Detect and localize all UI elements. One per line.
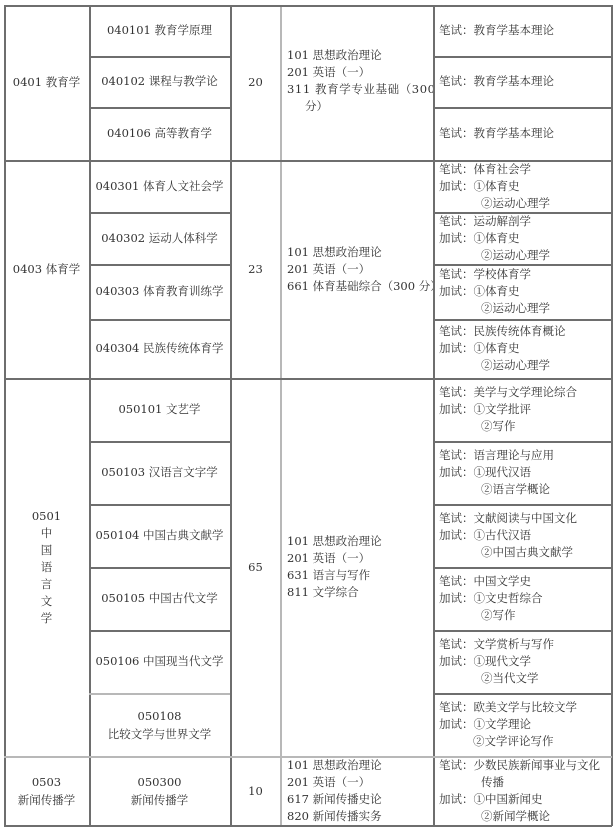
retest-written: 笔试：体育社会学 [439, 161, 531, 178]
retest-cell: 笔试：文学赏析与写作 加试：①现代文学 ②当代文学 [433, 630, 612, 693]
row-divider [89, 56, 230, 58]
major-label: 040101 教育学原理 [107, 22, 212, 39]
major-cell: 050108 比较文学与世界文学 [89, 693, 230, 756]
retest-extra: 加试：①体育史 [439, 340, 520, 357]
discipline-cell: 0401 教育学 [4, 5, 89, 160]
retest-extra: 加试：①文学批评 [439, 401, 531, 418]
major-label: 040304 民族传统体育学 [95, 340, 223, 357]
row-divider [433, 693, 612, 695]
retest-written: 笔试：美学与文学理论综合 [439, 384, 577, 401]
subject-line: 101 思想政治理论 [287, 757, 382, 774]
row-divider [433, 319, 612, 321]
retest-written: 笔试：教育学基本理论 [439, 125, 554, 142]
column-divider [280, 5, 282, 826]
row-divider [89, 630, 230, 632]
table-border-right [611, 5, 613, 826]
retest-cell: 笔试：学校体育学 加试：①体育史 ②运动心理学 [433, 264, 612, 319]
table-border-bottom [4, 825, 612, 827]
retest-written: 笔试：欧美文学与比较文学 [439, 699, 577, 716]
discipline-label: 0401 教育学 [13, 74, 80, 91]
quota-cell: 10 [230, 756, 281, 826]
retest-extra: 加试：①现代文学 [439, 653, 531, 670]
major-cell: 040303 体育教育训练学 [89, 264, 230, 319]
retest-cell: 笔试：教育学基本理论 [433, 5, 612, 56]
major-cell: 040302 运动人体科学 [89, 212, 230, 264]
major-cell: 050101 文艺学 [89, 378, 230, 441]
subject-line: 820 新闻传播实务 [287, 808, 382, 825]
subject-line: 101 思想政治理论 [287, 533, 382, 550]
row-divider [433, 567, 612, 569]
row-divider [433, 212, 612, 214]
subject-line: 661 体育基础综合（300 分） [287, 278, 442, 295]
row-divider [433, 56, 612, 58]
exam-subjects-cell: 101 思想政治理论 201 英语（一） 311 教育学专业基础（300 分） [281, 5, 433, 160]
discipline-cell: 0503 新闻传播学 [4, 756, 89, 826]
major-cell: 050104 中国古典文献学 [89, 504, 230, 567]
row-divider [89, 693, 230, 695]
retest-extra: ②中国古典文献学 [439, 544, 573, 561]
retest-written: 笔试：教育学基本理论 [439, 22, 554, 39]
retest-written: 笔试：文学赏析与写作 [439, 636, 554, 653]
retest-extra: ②写作 [439, 418, 516, 435]
major-cell: 050106 中国现当代文学 [89, 630, 230, 693]
retest-extra: ②运动心理学 [439, 357, 550, 374]
row-divider [433, 630, 612, 632]
retest-extra: 加试：①文学理论 [439, 716, 531, 733]
subject-line: 201 英语（一） [287, 261, 370, 278]
group-divider [4, 378, 612, 380]
subject-line: 101 思想政治理论 [287, 244, 382, 261]
retest-written-cont: 传播 [439, 774, 504, 791]
retest-extra: ②新闻学概论 [439, 808, 550, 825]
discipline-char: 言 [41, 576, 53, 593]
discipline-char: 国 [41, 542, 53, 559]
retest-extra: 加试：①体育史 [439, 283, 520, 300]
major-label: 040301 体育人文社会学 [95, 178, 223, 195]
row-divider [89, 264, 230, 266]
column-divider [433, 5, 435, 826]
table-border-left [4, 5, 6, 826]
retest-cell: 笔试：体育社会学 加试：①体育史 ②运动心理学 [433, 160, 612, 212]
retest-extra: ②语言学概论 [439, 481, 550, 498]
discipline-cell: 0403 体育学 [4, 160, 89, 378]
retest-cell: 笔试：美学与文学理论综合 加试：①文学批评 ②写作 [433, 378, 612, 441]
discipline-code: 0501 [32, 508, 61, 525]
row-divider [89, 567, 230, 569]
subject-line: 631 语言与写作 [287, 567, 370, 584]
row-divider [433, 441, 612, 443]
major-label: 040302 运动人体科学 [101, 230, 218, 247]
retest-cell: 笔试：欧美文学与比较文学 加试：①文学理论 ②文学评论写作 [433, 693, 612, 756]
subject-line: 311 教育学专业基础（300 [287, 81, 436, 98]
retest-written: 笔试：运动解剖学 [439, 213, 531, 230]
retest-cell: 笔试：民族传统体育概论 加试：①体育史 ②运动心理学 [433, 319, 612, 378]
group-divider [4, 160, 612, 162]
retest-cell: 笔试：文献阅读与中国文化 加试：①古代汉语 ②中国古典文献学 [433, 504, 612, 567]
retest-extra: ②运动心理学 [439, 300, 550, 317]
exam-subjects-cell: 101 思想政治理论 201 英语（一） 661 体育基础综合（300 分） [281, 160, 433, 378]
discipline-label: 0403 体育学 [13, 261, 80, 278]
row-divider [89, 107, 230, 109]
major-label: 040303 体育教育训练学 [95, 283, 223, 300]
retest-extra: 加试：①古代汉语 [439, 527, 531, 544]
subject-line: 101 思想政治理论 [287, 47, 382, 64]
retest-cell: 笔试：语言理论与应用 加试：①现代汉语 ②语言学概论 [433, 441, 612, 504]
major-label: 050105 中国古代文学 [101, 590, 218, 607]
retest-written: 笔试：中国文学史 [439, 573, 531, 590]
retest-cell: 笔试：中国文学史 加试：①文史哲综合 ②写作 [433, 567, 612, 630]
retest-extra: 加试：①体育史 [439, 230, 520, 247]
quota-value: 20 [248, 74, 263, 91]
major-cell: 040304 民族传统体育学 [89, 319, 230, 378]
subject-line: 201 英语（一） [287, 774, 370, 791]
major-cell: 040102 课程与教学论 [89, 56, 230, 107]
retest-extra: 加试：①体育史 [439, 178, 520, 195]
major-label: 040102 课程与教学论 [101, 73, 218, 90]
subject-line: 811 文学综合 [287, 584, 359, 601]
row-divider [89, 504, 230, 506]
retest-extra: 加试：①现代汉语 [439, 464, 531, 481]
row-divider [433, 264, 612, 266]
quota-cell: 20 [230, 5, 281, 160]
subject-line: 617 新闻传播史论 [287, 791, 382, 808]
retest-written: 笔试：民族传统体育概论 [439, 323, 566, 340]
exam-subjects-cell: 101 思想政治理论 201 英语（一） 631 语言与写作 811 文学综合 [281, 378, 433, 756]
quota-value: 10 [248, 783, 263, 800]
admissions-table: 0401 教育学 040101 教育学原理 040102 课程与教学论 0401… [4, 5, 612, 826]
discipline-char: 中 [41, 525, 53, 542]
column-divider [230, 5, 232, 826]
major-cell: 040106 高等教育学 [89, 107, 230, 160]
retest-extra: ②写作 [439, 607, 516, 624]
retest-written: 笔试：少数民族新闻事业与文化 [439, 757, 600, 774]
major-cell: 050300 新闻传播学 [89, 756, 230, 826]
retest-written: 笔试：教育学基本理论 [439, 73, 554, 90]
major-cell: 040301 体育人文社会学 [89, 160, 230, 212]
major-cell: 050103 汉语言文字学 [89, 441, 230, 504]
retest-written: 笔试：文献阅读与中国文化 [439, 510, 577, 527]
discipline-char: 文 [41, 593, 53, 610]
row-divider [433, 107, 612, 109]
row-divider [89, 212, 230, 214]
quota-cell: 23 [230, 160, 281, 378]
retest-extra: ②运动心理学 [439, 247, 550, 264]
retest-extra: ②文学评论写作 [439, 733, 554, 750]
retest-extra: ②当代文学 [439, 670, 539, 687]
retest-cell: 笔试：少数民族新闻事业与文化 传播 加试：①中国新闻史 ②新闻学概论 [433, 756, 612, 826]
major-label: 050106 中国现当代文学 [95, 653, 223, 670]
major-label: 040106 高等教育学 [107, 125, 212, 142]
column-divider [89, 5, 91, 826]
row-divider [89, 319, 230, 321]
major-code: 050108 [138, 707, 182, 725]
quota-value: 23 [248, 261, 263, 278]
major-label: 050103 汉语言文字学 [101, 464, 218, 481]
retest-extra: ②运动心理学 [439, 195, 550, 212]
discipline-cell: 0501 中 国 语 言 文 学 [4, 378, 89, 756]
discipline-label: 新闻传播学 [18, 791, 76, 809]
quota-cell: 65 [230, 378, 281, 756]
major-label: 050104 中国古典文献学 [95, 527, 223, 544]
row-divider [433, 504, 612, 506]
subject-line: 201 英语（一） [287, 64, 370, 81]
exam-subjects-cell: 101 思想政治理论 201 英语（一） 617 新闻传播史论 820 新闻传播… [281, 756, 433, 826]
discipline-char: 学 [41, 610, 53, 627]
row-divider [89, 441, 230, 443]
retest-cell: 笔试：运动解剖学 加试：①体育史 ②运动心理学 [433, 212, 612, 264]
major-label: 新闻传播学 [131, 791, 189, 809]
major-label: 050101 文艺学 [118, 401, 200, 418]
retest-cell: 笔试：教育学基本理论 [433, 107, 612, 160]
retest-written: 笔试：语言理论与应用 [439, 447, 554, 464]
major-cell: 040101 教育学原理 [89, 5, 230, 56]
retest-extra: 加试：①中国新闻史 [439, 791, 543, 808]
discipline-char: 语 [41, 559, 53, 576]
major-label: 比较文学与世界文学 [108, 725, 212, 743]
subject-line: 201 英语（一） [287, 550, 370, 567]
quota-value: 65 [248, 559, 263, 576]
major-code: 050300 [138, 773, 182, 791]
table-border-top [4, 5, 612, 7]
retest-cell: 笔试：教育学基本理论 [433, 56, 612, 107]
major-cell: 050105 中国古代文学 [89, 567, 230, 630]
retest-written: 笔试：学校体育学 [439, 266, 531, 283]
retest-extra: 加试：①文史哲综合 [439, 590, 543, 607]
subject-line: 分） [287, 98, 328, 115]
group-divider [4, 756, 612, 758]
discipline-code: 0503 [32, 773, 61, 791]
